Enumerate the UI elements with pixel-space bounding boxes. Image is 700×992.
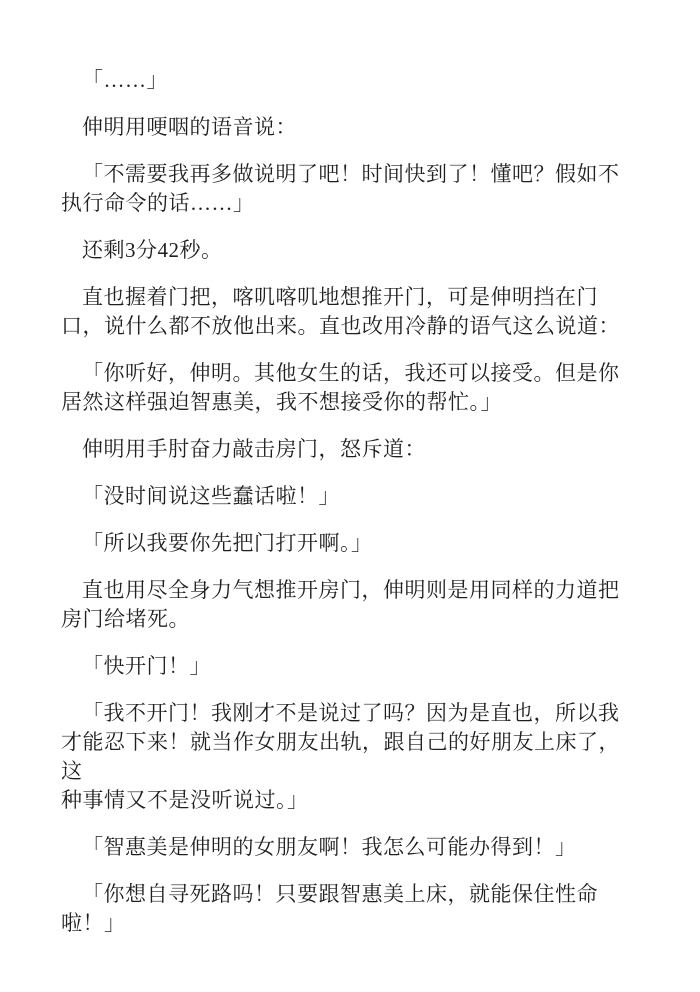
paragraph: 直也用尽全身力气想推开房门，伸明则是用同样的力道把 房门给堵死。: [61, 576, 638, 634]
paragraph: 「我不开门！我刚才不是说过了吗？因为是直也，所以我 才能忍下来！就当作女朋友出轨…: [61, 699, 638, 815]
paragraph: 伸明用手肘奋力敲击房门，怒斥道：: [61, 435, 638, 464]
paragraph: 「……」: [61, 66, 638, 95]
book-page: 「……」 伸明用哽咽的语音说： 「不需要我再多做说明了吧！时间快到了！懂吧？假如…: [0, 0, 700, 992]
paragraph: 「不需要我再多做说明了吧！时间快到了！懂吧？假如不 执行命令的话……」: [61, 160, 638, 218]
paragraph-remaining-time: 还剩3分42秒。: [61, 236, 638, 265]
paragraph: 「所以我要你先把门打开啊。」: [61, 529, 638, 558]
paragraph: 伸明用哽咽的语音说：: [61, 113, 638, 142]
paragraph: 直也握着门把，喀叽喀叽地想推开门，可是伸明挡在门 口，说什么都不放他出来。直也改…: [61, 283, 638, 341]
paragraph: 「你听好，伸明。其他女生的话，我还可以接受。但是你 居然这样强迫智惠美，我不想接…: [61, 359, 638, 417]
paragraph: 「你想自寻死路吗！只要跟智惠美上床，就能保住性命 啦！」: [61, 880, 638, 938]
paragraph: 「智惠美是伸明的女朋友啊！我怎么可能办得到！」: [61, 833, 638, 862]
paragraph: 「没时间说这些蠢话啦！」: [61, 482, 638, 511]
paragraph: 「快开门！」: [61, 652, 638, 681]
